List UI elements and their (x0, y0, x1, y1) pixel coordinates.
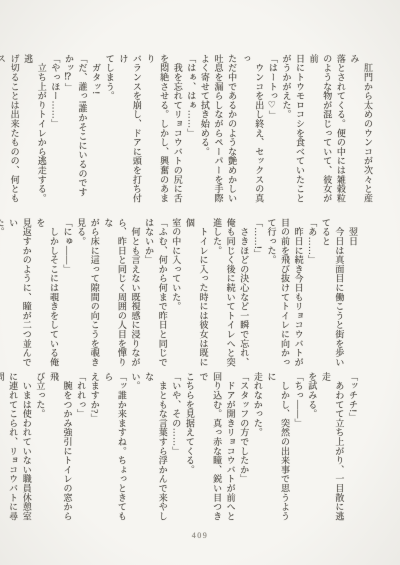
page-number: 409 (0, 531, 400, 540)
text-column: ら、昨日と同じく周囲の人目を憚りな (101, 218, 128, 376)
text-column: えますか?」 (87, 372, 101, 530)
text-column: トイレに入った時には彼女は既に個 (182, 218, 209, 376)
text-column: 見る。 (74, 218, 88, 376)
text-column: ドアが開きリョコウバトが前へと (223, 372, 237, 530)
text-column: 「あ……」 (305, 218, 319, 376)
text-column: いまは使われていない職員休憩室 (19, 372, 33, 530)
text-column: を悶絶させる。しかし、興奮のあまり (143, 54, 170, 212)
text-column: 吐息を漏らしながらペーパーを手際 (211, 54, 225, 212)
text-column: 我を忘れてリョコウバトの尻に舌 (170, 54, 184, 212)
text-column: 「やっほー……」 (48, 54, 62, 212)
text-column: 昨日に続き今日もリョコウバトが (291, 218, 305, 376)
text-column: のような物が混じっていて、彼女が前 (306, 54, 333, 212)
text-column: がうかがえた。 (279, 54, 293, 212)
text-column: さきほどの決心など一瞬で忘れ、 (237, 218, 251, 376)
text-column: を試みる。 (305, 372, 319, 530)
text-column: あわてて立ち上がり、一目散に逃走 (318, 372, 345, 530)
text-column: ウンコを出し終え、セックスの真っ (238, 54, 265, 212)
text-column: 進した。 (209, 218, 223, 376)
text-band-top: 肛門から太めのウンコが次々と産み落とされてくる。便の中には雑穀粒のような物が混じ… (0, 54, 374, 212)
text-column: はないか」 (142, 218, 156, 376)
text-column: て行った。 (264, 218, 278, 376)
text-column: 「いや、その……」 (169, 372, 183, 530)
text-column: い。 (128, 372, 142, 530)
text-column: しかしそこには覗きをしている俺を (33, 218, 60, 376)
text-column: 走れなかった。 (250, 372, 264, 530)
book-page: 肛門から太めのウンコが次々と産み落とされてくる。便の中には雑穀粒のような物が混じ… (0, 0, 400, 565)
text-column: 「にゅ――」 (60, 218, 74, 376)
text-column: 落とされてくる。便の中には雑穀粒 (333, 54, 347, 212)
text-column: 室の中に入っていた。 (169, 218, 183, 376)
text-band-middle: 翌日 今日は真面目に働こうと街を歩いてると「あ……」 昨日に続き今日もリョコウバ… (0, 218, 359, 376)
text-column: 「……!」 (250, 218, 264, 376)
text-column: 立ち上がりトイレから逃走する。逃 (21, 54, 48, 212)
text-column: かッ⁉」 (61, 54, 75, 212)
text-column: ガタッ! (89, 54, 103, 212)
text-column: 「スタッフの方でしたか」 (237, 372, 251, 530)
text-column: てしまう。 (102, 54, 116, 212)
text-column: 俺も同じく後に続いてトイレへと突 (223, 218, 237, 376)
text-column: 「はぁ、はぁ……」 (184, 54, 198, 212)
text-column: 回り込む。真っ赤な瞳、鋭い目つきで (196, 372, 223, 530)
text-column: 何とも言えない既視感に浸りなが (128, 218, 142, 376)
text-column: てると (318, 218, 332, 376)
text-column: 「ッ誰か来ますね。ちょっときてもら (101, 372, 128, 530)
text-column: 翌日 (345, 218, 359, 376)
text-column: 「ふむ、何から何まで昨日と同じで (155, 218, 169, 376)
text-column: 今日は真面目に働こうと街を歩い (332, 218, 346, 376)
text-column: 肛門から太めのウンコが次々と産み (347, 54, 374, 212)
text-column: 「はートっ♡」 (265, 54, 279, 212)
text-column: 見返すかのように、瞳が二つ並んでい (6, 218, 33, 376)
text-column: まともな言葉すら浮かんで来やしな (142, 372, 169, 530)
text-column: がら床に這って隙間の向こうを覗き (87, 218, 101, 376)
text-column: た。 (0, 218, 6, 376)
text-column: こちらを見据えてくる。 (182, 372, 196, 530)
text-column: 腕をつかみ強引にトイレの窓から飛 (46, 372, 73, 530)
text-column: に連れてこられ、リョコウバトに尋問 (0, 372, 19, 530)
text-column: よく寄せて拭き始める。 (197, 54, 211, 212)
text-column: 目の前を飛び抜けてトイレに向かっ (277, 218, 291, 376)
text-column: バランスを崩し、ドアに頭を打ち付け (116, 54, 143, 212)
text-column: げ切ることは出来たものの、何ともス (0, 54, 21, 212)
text-column: 「ッチチ!」 (345, 372, 359, 530)
text-band-bottom: 「ッチチ!」 あわてて立ち上がり、一目散に逃走を試みる。「ちっ――」 しかし、突… (0, 372, 359, 530)
text-column: 「れれっ」 (74, 372, 88, 530)
text-column: 「ちっ――」 (291, 372, 305, 530)
text-column: ただ中であるかのような艶めかしい (224, 54, 238, 212)
text-column: 「だ、誰っ!誰かそこにいるのです (75, 54, 89, 212)
text-column: 日にトウモロコシを食べていたこと (292, 54, 306, 212)
text-column: しかし、突然の出来事で思うように (264, 372, 291, 530)
text-column: び立った。 (33, 372, 47, 530)
